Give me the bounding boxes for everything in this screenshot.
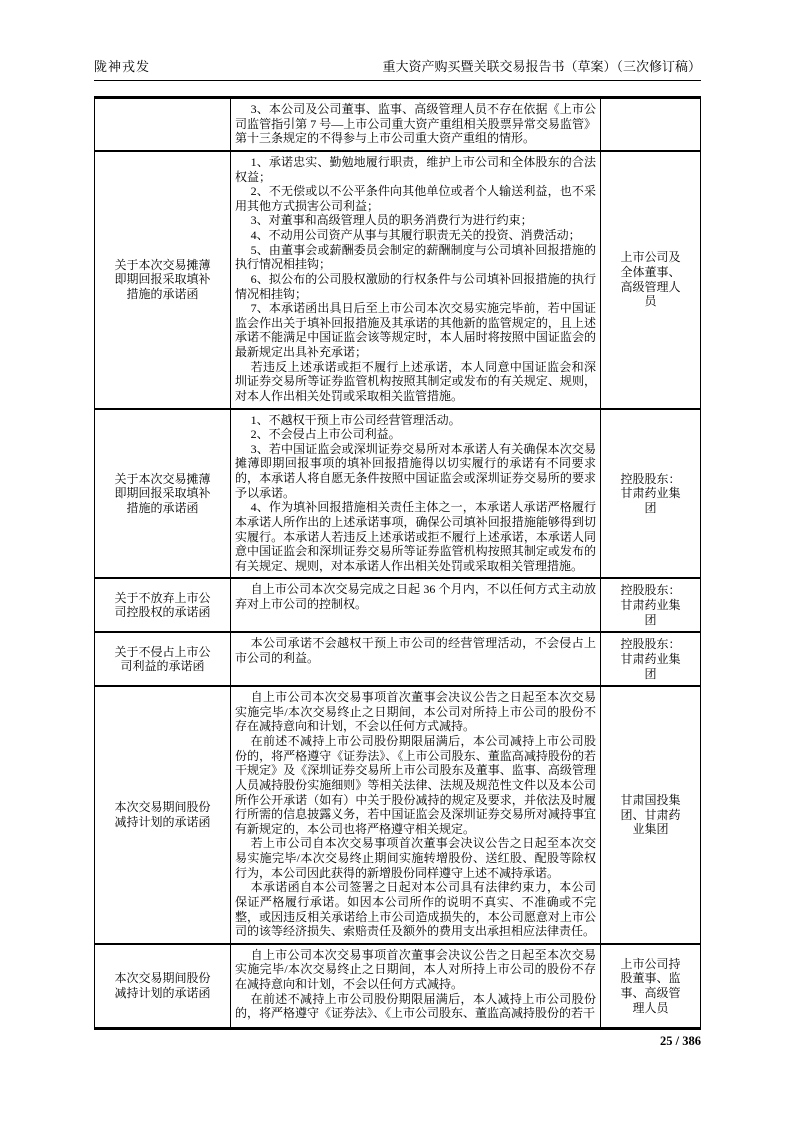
commitment-party-cell: 控股股东： 甘肃药业集 团 — [600, 410, 700, 578]
page-footer: 25 / 386 — [94, 1034, 701, 1049]
commitment-paragraph: 在前述不减持上市公司股份期限届满后，本人减持上市公司股份的，将严格遵守《证券法》… — [235, 992, 596, 1021]
commitment-content-cell: 自上市公司本次交易事项首次董事会决议公告之日起至本次交易实施完毕/本次交易终止之… — [231, 687, 600, 943]
table-row: 3、本公司及公司董事、监事、高级管理人员不存在依据《上市公司监管指引第 7 号—… — [95, 99, 700, 150]
commitment-paragraph: 6、拟公布的公司股权激励的行权条件与公司填补回报措施的执行情况相挂钩； — [235, 272, 596, 301]
table-row: 关于不放弃上市公 司控股权的承诺函自上市公司本次交易完成之日起 36 个月内，不… — [95, 577, 700, 631]
commitment-paragraph: 若违反上述承诺或拒不履行上述承诺，本人同意中国证监会和深圳证券交易所等证券监管机… — [235, 360, 596, 404]
doc-short-title: 陇神戎发 — [94, 56, 150, 75]
commitment-paragraph: 4、作为填补回报措施相关责任主体之一，本承诺人承诺严格履行本承诺人所作出的上述承… — [235, 500, 596, 573]
commitment-party-cell: 控股股东： 甘肃药业集 团 — [600, 579, 700, 631]
commitment-title-cell: 关于不侵占上市公 司利益的承诺函 — [95, 633, 231, 685]
commitment-paragraph: 3、若中国证监会或深圳证券交易所对本承诺人有关确保本次交易摊薄即期回报事项的填补… — [235, 442, 596, 501]
table-row: 本次交易期间股份 减持计划的承诺函自上市公司本次交易事项首次董事会决议公告之日起… — [95, 943, 700, 1027]
commitments-table: 3、本公司及公司董事、监事、高级管理人员不存在依据《上市公司监管指引第 7 号—… — [94, 96, 701, 1030]
commitment-paragraph: 1、不越权干预上市公司经营管理活动。 — [235, 413, 596, 428]
commitment-paragraph: 3、对董事和高级管理人员的职务消费行为进行约束； — [235, 213, 596, 228]
commitment-content-cell: 3、本公司及公司董事、监事、高级管理人员不存在依据《上市公司监管指引第 7 号—… — [231, 99, 600, 150]
page-header: 陇神戎发 重大资产购买暨关联交易报告书（草案）（三次修订稿） — [94, 56, 701, 81]
commitment-title-cell: 关于不放弃上市公 司控股权的承诺函 — [95, 579, 231, 631]
commitment-title-cell: 本次交易期间股份 减持计划的承诺函 — [95, 945, 231, 1027]
commitment-content-cell: 自上市公司本次交易完成之日起 36 个月内，不以任何方式主动放弃对上市公司的控制… — [231, 579, 600, 631]
commitment-party-cell: 控股股东： 甘肃药业集 团 — [600, 633, 700, 685]
commitment-paragraph: 自上市公司本次交易事项首次董事会决议公告之日起至本次交易实施完毕/本次交易终止之… — [235, 948, 596, 992]
commitment-paragraph: 本承诺函自本公司签署之日起对本公司具有法律约束力，本公司保证严格履行承诺。如因本… — [235, 880, 596, 939]
commitment-paragraph: 自上市公司本次交易完成之日起 36 个月内，不以任何方式主动放弃对上市公司的控制… — [235, 582, 596, 611]
commitment-paragraph: 若上市公司自本次交易事项首次董事会决议公告之日起至本次交易实施完毕/本次交易终止… — [235, 836, 596, 880]
commitment-paragraph: 2、不会侵占上市公司利益。 — [235, 427, 596, 442]
commitment-paragraph: 4、不动用公司资产从事与其履行职责无关的投资、消费活动； — [235, 228, 596, 243]
table-row: 本次交易期间股份 减持计划的承诺函自上市公司本次交易事项首次董事会决议公告之日起… — [95, 685, 700, 943]
commitment-paragraph: 1、承诺忠实、勤勉地履行职责，维护上市公司和全体股东的合法权益； — [235, 155, 596, 184]
commitment-paragraph: 7、本承诺函出具日后至上市公司本次交易实施完毕前，若中国证监会作出关于填补回报措… — [235, 301, 596, 360]
commitment-content-cell: 本公司承诺不会越权干预上市公司的经营管理活动，不会侵占上市公司的利益。 — [231, 633, 600, 685]
commitment-party-cell: 上市公司及 全体董事、 高级管理人 员 — [600, 152, 700, 408]
commitment-paragraph: 2、不无偿或以不公平条件向其他单位或者个人输送利益，也不采用其他方式损害公司利益… — [235, 184, 596, 213]
document-page: 陇神戎发 重大资产购买暨关联交易报告书（草案）（三次修订稿） 3、本公司及公司董… — [0, 0, 793, 1122]
table-row: 关于本次交易摊薄 即期回报采取填补 措施的承诺函1、承诺忠实、勤勉地履行职责，维… — [95, 150, 700, 408]
commitment-paragraph: 在前述不减持上市公司股份期限届满后，本公司减持上市公司股份的，将严格遵守《证券法… — [235, 734, 596, 836]
table-row: 关于不侵占上市公 司利益的承诺函本公司承诺不会越权干预上市公司的经营管理活动，不… — [95, 631, 700, 685]
commitment-party-cell — [600, 99, 700, 150]
commitment-party-cell: 上市公司持 股董事、监 事、高级管 理人员 — [600, 945, 700, 1027]
commitment-party-cell: 甘肃国投集 团、甘肃药 业集团 — [600, 687, 700, 943]
commitment-content-cell: 1、不越权干预上市公司经营管理活动。2、不会侵占上市公司利益。3、若中国证监会或… — [231, 410, 600, 578]
commitment-paragraph: 3、本公司及公司董事、监事、高级管理人员不存在依据《上市公司监管指引第 7 号—… — [235, 102, 596, 146]
commitment-title-cell: 关于本次交易摊薄 即期回报采取填补 措施的承诺函 — [95, 152, 231, 408]
page-number: 25 / 386 — [660, 1034, 701, 1048]
table-row: 关于本次交易摊薄 即期回报采取填补 措施的承诺函1、不越权干预上市公司经营管理活… — [95, 408, 700, 578]
commitment-paragraph: 自上市公司本次交易事项首次董事会决议公告之日起至本次交易实施完毕/本次交易终止之… — [235, 690, 596, 734]
commitment-content-cell: 自上市公司本次交易事项首次董事会决议公告之日起至本次交易实施完毕/本次交易终止之… — [231, 945, 600, 1027]
commitment-title-cell: 本次交易期间股份 减持计划的承诺函 — [95, 687, 231, 943]
commitment-title-cell — [95, 99, 231, 150]
doc-full-title: 重大资产购买暨关联交易报告书（草案）（三次修订稿） — [382, 56, 701, 75]
commitment-paragraph: 本公司承诺不会越权干预上市公司的经营管理活动，不会侵占上市公司的利益。 — [235, 636, 596, 665]
commitment-title-cell: 关于本次交易摊薄 即期回报采取填补 措施的承诺函 — [95, 410, 231, 578]
commitment-paragraph: 5、由董事会或薪酬委员会制定的薪酬制度与公司填补回报措施的执行情况相挂钩； — [235, 243, 596, 272]
commitment-content-cell: 1、承诺忠实、勤勉地履行职责，维护上市公司和全体股东的合法权益；2、不无偿或以不… — [231, 152, 600, 408]
